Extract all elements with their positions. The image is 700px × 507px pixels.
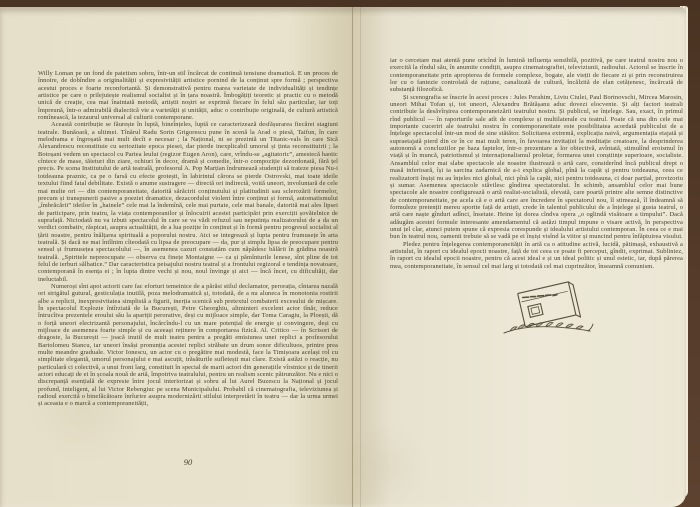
page-number: 90 <box>38 457 338 467</box>
paragraph: iar o cercetare mai atentă pune oricînd … <box>390 57 683 94</box>
gutter-crease-secondary <box>360 7 361 507</box>
open-book-paper: Willy Loman pe un fond de patetism sobru… <box>0 7 686 507</box>
left-page-text: Willy Loman pe un fond de patetism sobru… <box>38 70 338 408</box>
paragraph: Această contribuție se făurește în luptă… <box>38 121 338 283</box>
paragraph: Și scenografia se înscrie în acest proce… <box>390 94 683 241</box>
book-spread-scan: Willy Loman pe un fond de patetism sobru… <box>0 0 700 507</box>
paragraph: Numeroși sînt apoi actorii care fac efor… <box>38 283 338 408</box>
book-and-laurel-vignette-icon <box>498 279 598 341</box>
paragraph: Pledez pentru înțelegerea contemporaneit… <box>390 241 683 270</box>
right-page-text: iar o cercetare mai atentă pune oricînd … <box>390 57 683 270</box>
paragraph: Willy Loman pe un fond de patetism sobru… <box>38 70 338 121</box>
right-page: iar o cercetare mai atentă pune oricînd … <box>363 7 686 507</box>
left-page: Willy Loman pe un fond de patetism sobru… <box>0 7 345 507</box>
gutter-crease <box>352 7 353 507</box>
